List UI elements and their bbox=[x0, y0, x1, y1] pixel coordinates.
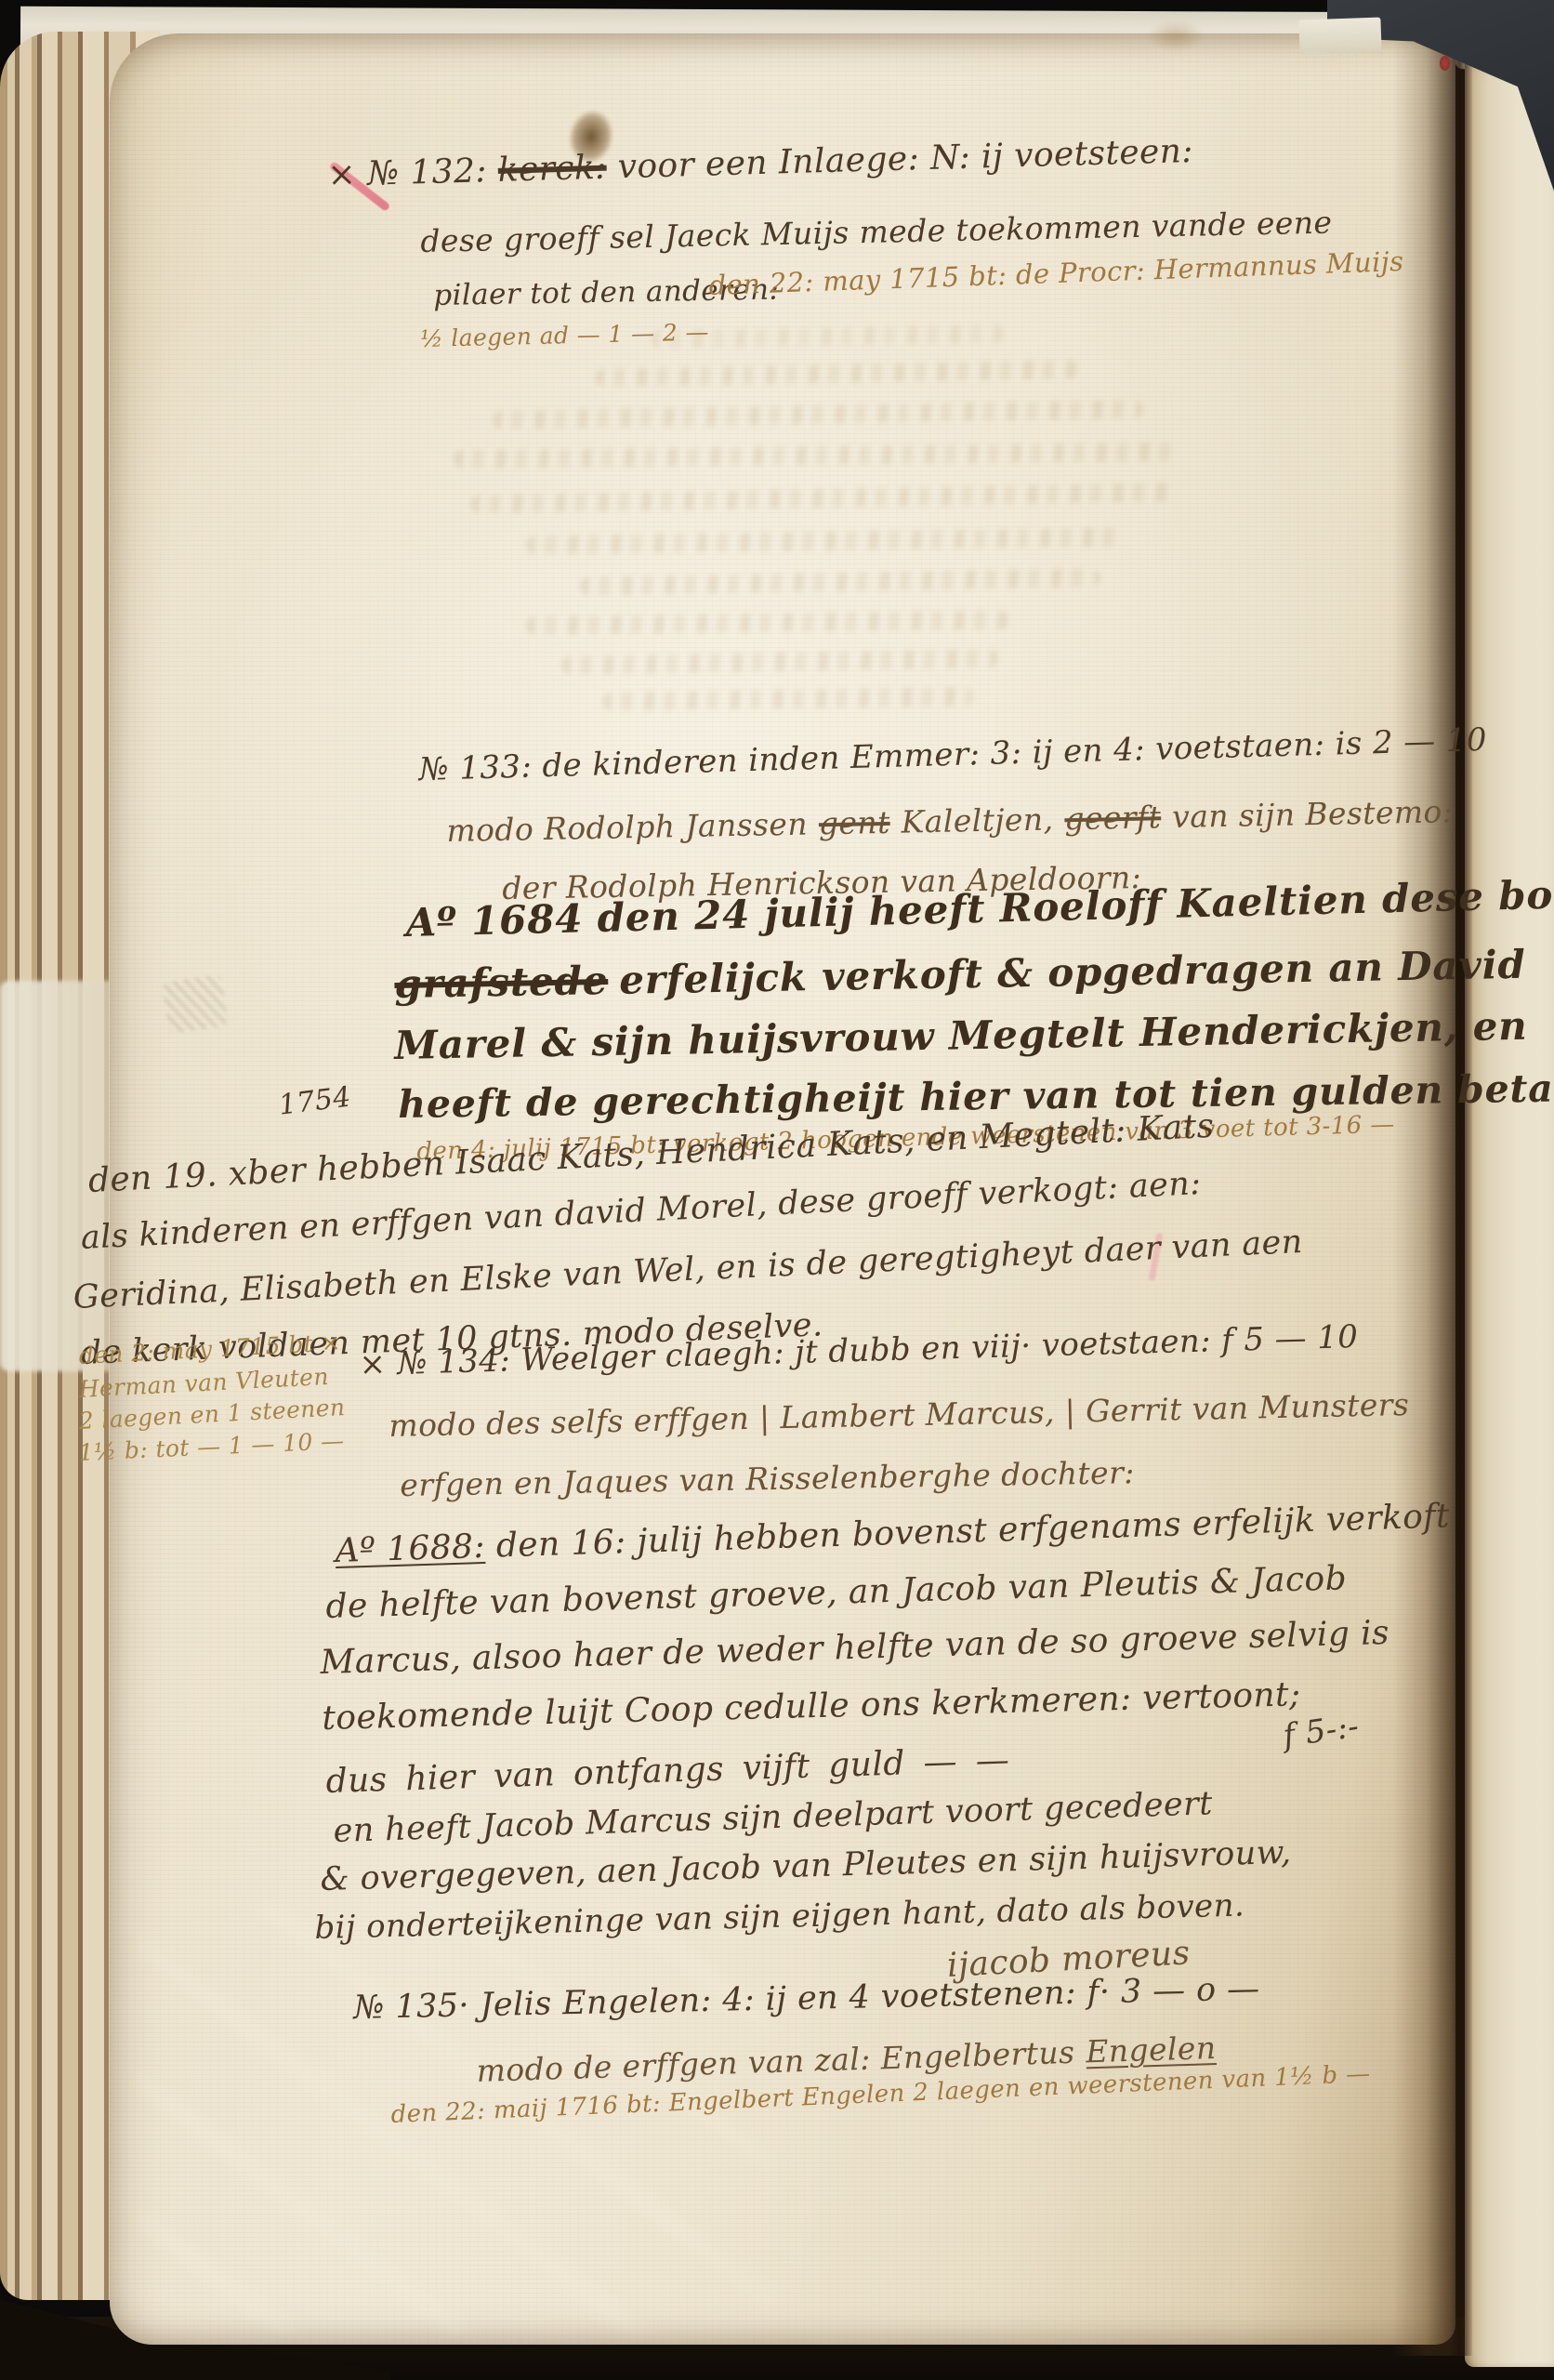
binding-thread-dot bbox=[1440, 56, 1450, 71]
entry-132-number: № 132: bbox=[367, 152, 488, 193]
entry-133-rest: van sijn Bestemo: bbox=[1172, 793, 1454, 835]
entry-134-marker: × bbox=[359, 1345, 387, 1383]
book-gutter-shadow bbox=[1392, 37, 1472, 2356]
entry-133-name: Kaleltjen, bbox=[901, 800, 1053, 840]
entry-133-struck-word-2: geerft bbox=[1064, 799, 1162, 837]
paper-tab bbox=[1298, 17, 1381, 53]
entry-132-struck-word: kerck: bbox=[497, 149, 607, 190]
entry-132-marker: × bbox=[327, 155, 357, 194]
paper-stain bbox=[1134, 15, 1218, 58]
next-page-edge bbox=[1465, 50, 1554, 2367]
act-1684-struck-word: grafstede bbox=[394, 958, 609, 1007]
entry-133-struck-word: gent bbox=[819, 804, 891, 841]
act-1688-year: Aº 1688: bbox=[335, 1527, 486, 1570]
entry-135-name-underlined: Engelen bbox=[1086, 2030, 1217, 2069]
entry-133-modo: modo Rodolph Janssen bbox=[446, 806, 808, 849]
faint-margin-scribble bbox=[162, 974, 228, 1034]
